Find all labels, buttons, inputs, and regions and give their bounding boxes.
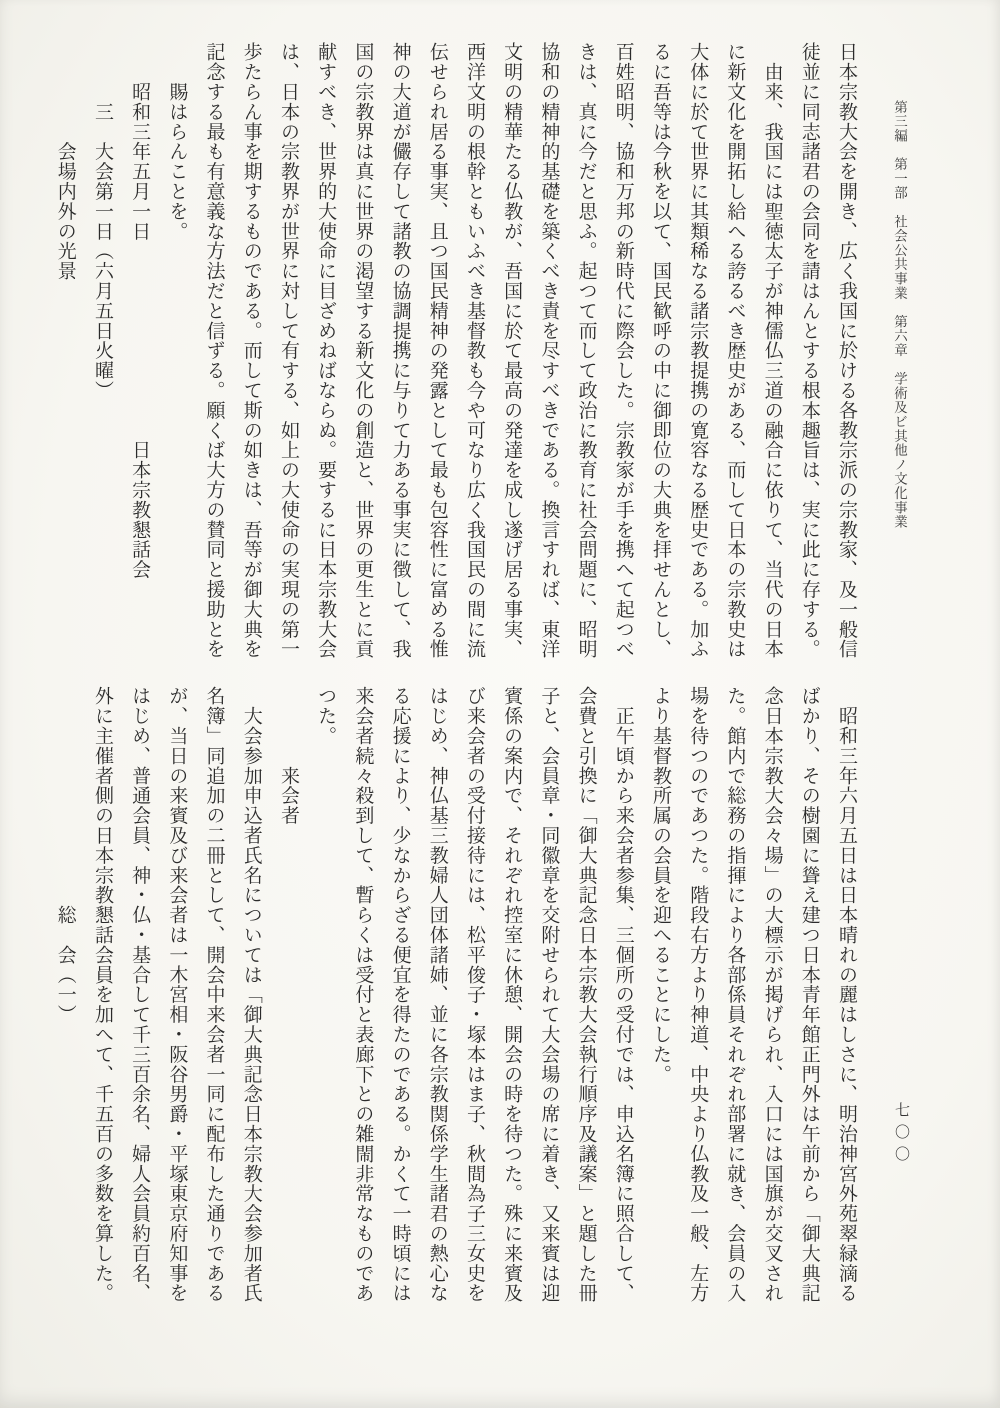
- text-column: 神の大道が儼存して諸教の協調提携に与りて力ある事実に徴して、我: [381, 42, 418, 662]
- text-column: より基督教所属の会員を迎へることにした。: [642, 686, 679, 1306]
- text-column: 歩たらん事を期するものである。而して斯の如きは、吾等が御大典を: [233, 42, 270, 662]
- text-column: 大体に於て世界に其類稀なる諸宗教提携の寛容なる歴史である。加ふ: [679, 42, 716, 662]
- text-column: に新文化を開拓し給へる誇るべき歴史がある、而して日本の宗教史は: [716, 42, 753, 662]
- text-column: 文明の精華たる仏教が、吾国に於て最高の発達を成し遂げ居る事実、: [493, 42, 530, 662]
- text-column: 外に主催者側の日本宗教懇話会員を加へて、千五百の多数を算した。: [84, 686, 121, 1306]
- page-number: 七〇〇: [891, 1102, 912, 1168]
- text-column: 献すべき、世界的大使命に目ざめねばならぬ。要するに日本宗教大会: [307, 42, 344, 662]
- text-column: 伝せられ居る事実、且つ国民精神の発露として最も包容性に富める惟: [419, 42, 456, 662]
- book-page: 第三編 第一部 社会公共事業 第六章 学術及ビ其他ノ文化事業 七〇〇 日本宗教大…: [0, 0, 1000, 1408]
- text-register-top: 日本宗教大会を開き、広く我国に於ける各教宗派の宗教家、及一般信 徒並に同志諸君の…: [47, 42, 865, 662]
- text-column: 徒並に同志諸君の会同を請はんとする根本趣旨は、実に此に存する。: [791, 42, 828, 662]
- text-register-bottom: 昭和三年六月五日は日本晴れの麗はしさに、明治神宮外苑翠緑滴る ばかり、その樹園に…: [47, 686, 865, 1306]
- text-column: 名簿」同追加の二冊として、開会中来会者一同に配布した通りである: [195, 686, 232, 1306]
- text-column: た。館内で総務の指揮により各部係員それぞれ部署に就き、会員の入: [716, 686, 753, 1306]
- text-column: 賜はらんことを。: [158, 42, 195, 662]
- text-column: 来会者続々殺到して、暫らくは受付と表廊下との雑閙非常なものであ: [344, 686, 381, 1306]
- text-column: 会費と引換に「御大典記念日本宗教大会執行順序及議案」と題した冊: [567, 686, 604, 1306]
- subsection-heading: 会場内外の光景: [47, 42, 84, 662]
- text-column: が、当日の来賓及び来会者は一木宮相・阪谷男爵・平塚東京府知事を: [158, 686, 195, 1306]
- text-column: はじめ、普通会員、神・仏・基合して千三百余名、婦人会員約百名、: [121, 686, 158, 1306]
- text-column: る応援により、少なからざる便宜を得たのである。かくて一時頃には: [381, 686, 418, 1306]
- text-column: び来会者の受付接待には、松平俊子・塚本はま子、秋間為子三女史を: [456, 686, 493, 1306]
- section-heading: 三 大会第一日（六月五日火曜）: [84, 42, 121, 662]
- text-column-date-signature: 昭和三年五月一日 日本宗教懇話会: [121, 42, 158, 662]
- text-column: 場を待つのであつた。階段右方より神道、中央より仏教及一般、左方: [679, 686, 716, 1306]
- text-column: 念日本宗教大会々場」の大標示が掲げられ、入口には国旗が交叉され: [753, 686, 790, 1306]
- text-column: るに吾等は今秋を以て、国民歓呼の中に御即位の大典を拝せんとし、: [642, 42, 679, 662]
- text-column: 日本宗教大会を開き、広く我国に於ける各教宗派の宗教家、及一般信: [828, 42, 865, 662]
- text-column: つた。: [307, 686, 344, 1306]
- text-column: 国の宗教界は真に世界の渇望する新文化の創造と、世界の更生とに貢: [344, 42, 381, 662]
- text-column: きは、真に今だと思ふ。起つて而して政治に教育に社会問題に、昭明: [567, 42, 604, 662]
- text-column: 百姓昭明、協和万邦の新時代に際会した。宗教家が手を携へて起つべ: [605, 42, 642, 662]
- text-column: 西洋文明の根幹ともいふべき基督教も今や可なり広く我国民の間に流: [456, 42, 493, 662]
- subsection-heading: 来会者: [270, 686, 307, 1306]
- text-column: 正午頃から来会者参集、三個所の受付では、申込名簿に照合して、: [605, 686, 642, 1306]
- text-column: 昭和三年六月五日は日本晴れの麗はしさに、明治神宮外苑翠緑滴る: [828, 686, 865, 1306]
- text-column: 賓係の案内で、それぞれ控室に休憩、開会の時を待つた。殊に来賓及: [493, 686, 530, 1306]
- text-column: はじめ、神仏基三教婦人団体諸姉、並に各宗教関係学生諸君の熱心な: [419, 686, 456, 1306]
- text-column: 子と、会員章・同徽章を交附せられて大会場の席に着き、又来賓は迎: [530, 686, 567, 1306]
- text-column: 協和の精神的基礎を築くべき責を尽すべきである。換言すれば、東洋: [530, 42, 567, 662]
- text-column: 由来、我国には聖徳太子が神儒仏三道の融合に依りて、当代の日本: [753, 42, 790, 662]
- text-column: は、日本の宗教界が世界に対して有する、如上の大使命の実現の第一: [270, 42, 307, 662]
- running-head: 第三編 第一部 社会公共事業 第六章 学術及ビ其他ノ文化事業: [889, 100, 909, 530]
- text-column: 大会参加申込者氏名については「御大典記念日本宗教大会参加者氏: [233, 686, 270, 1306]
- text-column: 記念する最も有意義な方法だと信ずる。願くば大方の賛同と援助とを: [195, 42, 232, 662]
- text-column: ばかり、その樹園に聳え建つ日本青年館正門外は午前から「御大典記: [791, 686, 828, 1306]
- subsection-heading: 総 会（一）: [47, 686, 84, 1306]
